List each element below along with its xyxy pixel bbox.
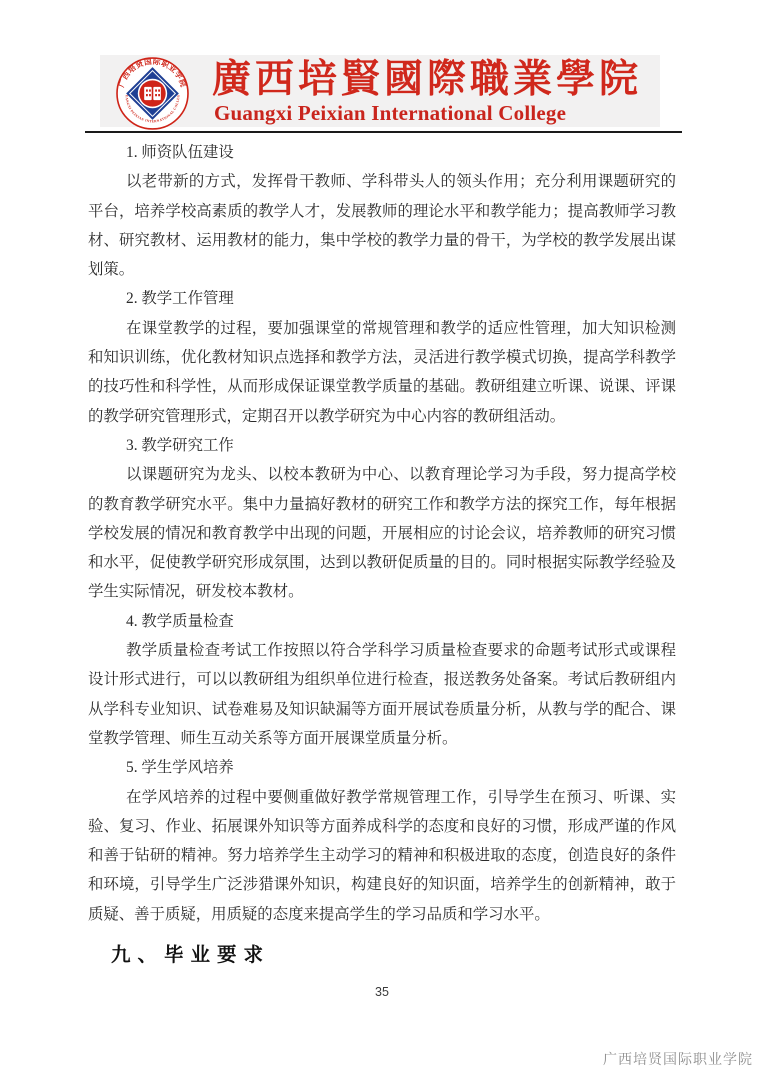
section-paragraph: 在学风培养的过程中要侧重做好教学常规管理工作，引导学生在预习、听课、实验、复习、… — [88, 783, 676, 929]
footer-watermark: 广西培贤国际职业学院 — [603, 1049, 753, 1069]
section-teaching-research: 3. 教学研究工作 以课题研究为龙头、以校本教研为中心、以教育理论学习为手段，努… — [88, 431, 676, 607]
college-name-chinese: 廣西培賢國際職業學院 — [212, 56, 664, 102]
section-heading: 3. 教学研究工作 — [88, 431, 676, 460]
section-teaching-management: 2. 教学工作管理 在课堂教学的过程，要加强课堂的常规管理和教学的适应性管理，加… — [88, 284, 676, 430]
page-number: 35 — [0, 985, 764, 999]
section-paragraph: 以课题研究为龙头、以校本教研为中心、以教育理论学习为手段，努力提高学校的教育教学… — [88, 460, 676, 606]
section-paragraph: 在课堂教学的过程，要加强课堂的常规管理和教学的适应性管理，加大知识检测和知识训练… — [88, 314, 676, 431]
section-paragraph: 以老带新的方式，发挥骨干教师、学科带头人的领头作用；充分利用课题研究的平台，培养… — [88, 167, 676, 284]
document-page: 广西培贤国际职业学院 GUANGXI PEIXIAN INTERNATIONAL… — [0, 0, 764, 1080]
college-name-english: Guangxi Peixian International College — [214, 101, 566, 126]
chapter-heading-graduation-requirements: 九、毕业要求 — [88, 941, 676, 970]
section-heading: 5. 学生学风培养 — [88, 753, 676, 782]
section-faculty-building: 1. 师资队伍建设 以老带新的方式，发挥骨干教师、学科带头人的领头作用；充分利用… — [88, 138, 676, 284]
section-paragraph: 教学质量检查考试工作按照以符合学科学习质量检查要求的命题考试形式或课程设计形式进… — [88, 636, 676, 753]
section-heading: 2. 教学工作管理 — [88, 284, 676, 313]
section-heading: 1. 师资队伍建设 — [88, 138, 676, 167]
section-study-style: 5. 学生学风培养 在学风培养的过程中要侧重做好教学常规管理工作，引导学生在预习… — [88, 753, 676, 929]
section-quality-inspection: 4. 教学质量检查 教学质量检查考试工作按照以符合学科学习质量检查要求的命题考试… — [88, 607, 676, 753]
seal-center-circle — [139, 80, 165, 106]
header-divider-rule — [85, 131, 682, 133]
document-body: 1. 师资队伍建设 以老带新的方式，发挥骨干教师、学科带头人的领头作用；充分利用… — [88, 138, 676, 970]
section-heading: 4. 教学质量检查 — [88, 607, 676, 636]
college-seal-icon: 广西培贤国际职业学院 GUANGXI PEIXIAN INTERNATIONAL… — [116, 57, 189, 130]
